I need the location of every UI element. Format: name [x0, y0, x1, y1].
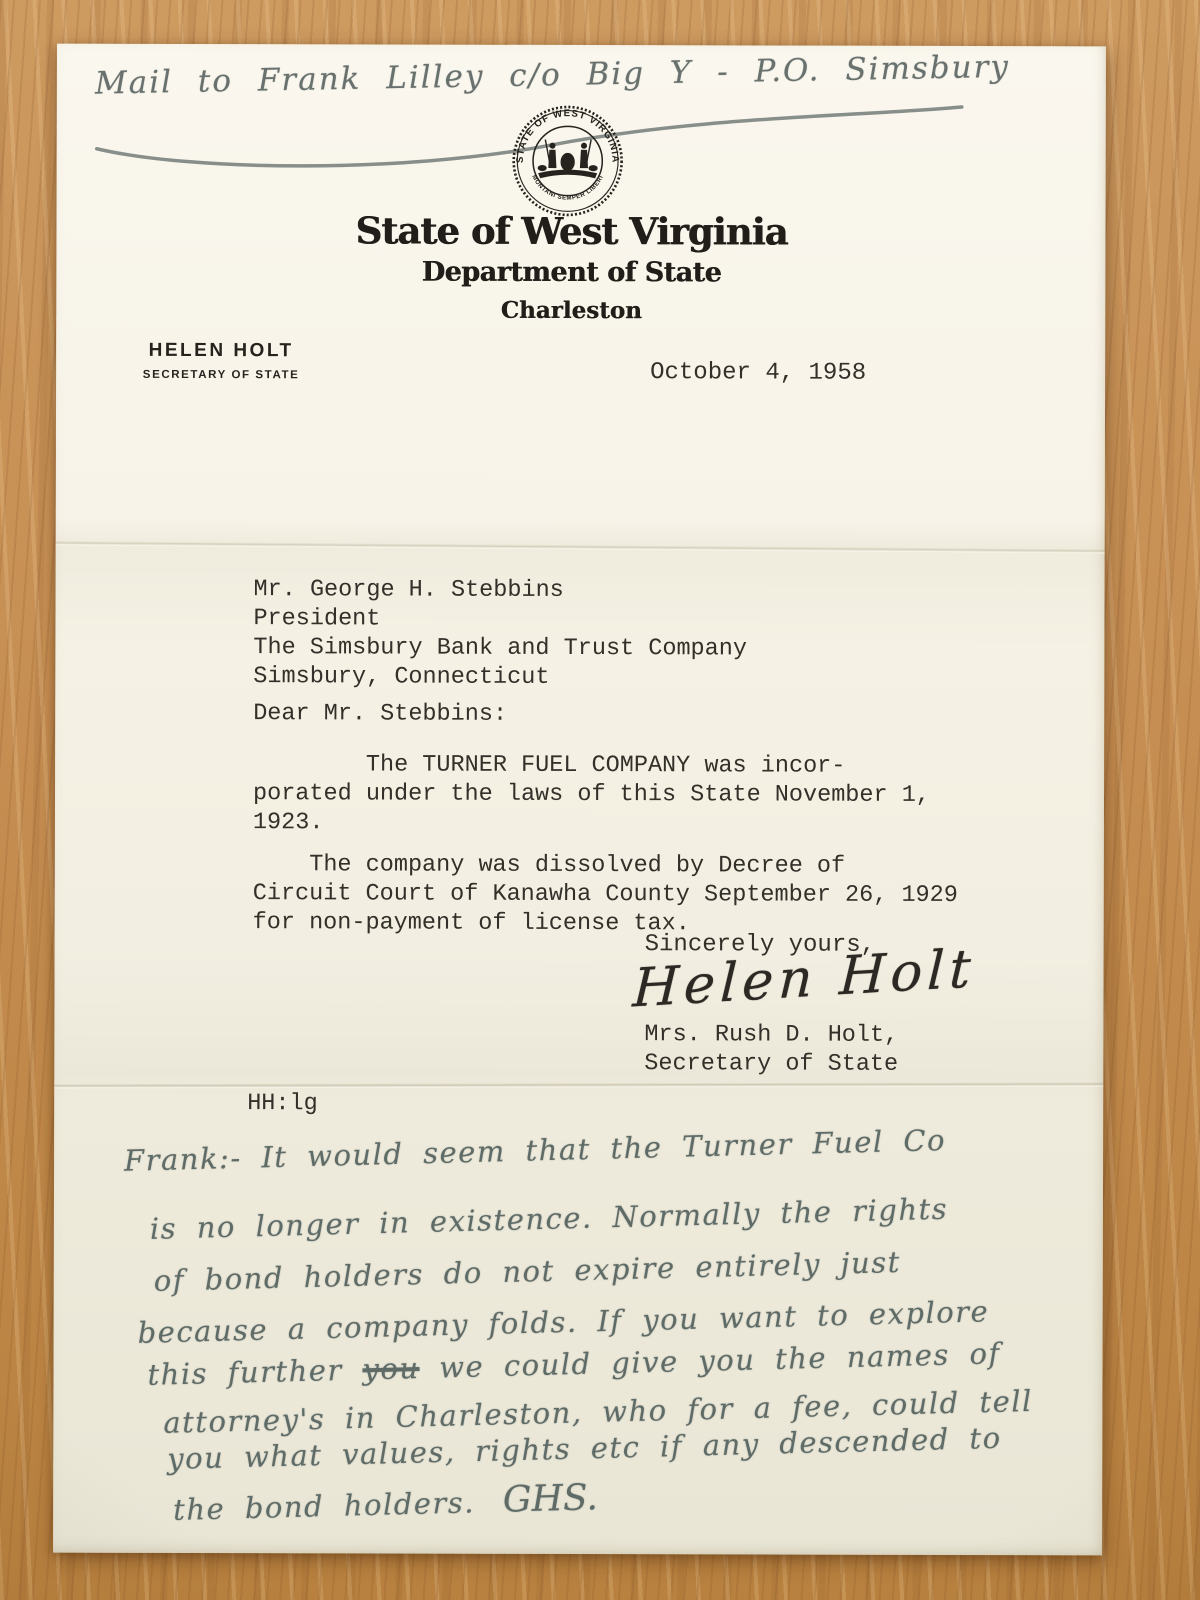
photo-wood-table: Mail to Frank Lilley c/o Big Y - P.O. Si…	[0, 0, 1200, 1600]
body-paragraph-2: The company was dissolved by Decree of C…	[253, 850, 958, 939]
state-seal-icon: STATE OF WEST VIRGINIA MONTANI SEMPER LI…	[512, 105, 624, 217]
salutation: Dear Mr. Stebbins:	[253, 700, 507, 728]
seal-figures	[538, 140, 598, 179]
line8-text: the bond holders.	[173, 1485, 476, 1527]
letterhead-official-block: HELEN HOLT SECRETARY OF STATE	[106, 340, 336, 382]
line5-struck-word: you	[362, 1351, 420, 1386]
letter-date: October 4, 1958	[650, 359, 866, 387]
recipient-address: Mr. George H. Stebbins President The Sim…	[253, 575, 747, 692]
bottom-note-line-8: the bond holders.GHS.	[173, 1477, 599, 1529]
bottom-note-line-2: is no longer in existence. Normally the …	[149, 1192, 948, 1246]
fold-crease-bottom	[54, 1082, 1103, 1089]
line5-suffix: we could give you the names of	[419, 1336, 1001, 1385]
letterhead-department: Department of State	[56, 256, 1086, 290]
svg-text:MONTANI SEMPER LIBERI: MONTANI SEMPER LIBERI	[530, 174, 605, 202]
official-title: SECRETARY OF STATE	[106, 369, 336, 382]
bottom-note-line-3: of bond holders do not expire entirely j…	[153, 1245, 901, 1298]
typist-reference: HH:lg	[247, 1090, 318, 1117]
signer-title: Secretary of State	[644, 1050, 898, 1078]
top-pencil-note: Mail to Frank Lilley c/o Big Y - P.O. Si…	[95, 48, 1036, 101]
letterhead-title: State of West Virginia	[56, 208, 1086, 255]
body-paragraph-1: The TURNER FUEL COMPANY was incor- porat…	[253, 750, 930, 839]
seal-bottom-text: MONTANI SEMPER LIBERI	[530, 174, 605, 202]
letterhead-city: Charleston	[56, 296, 1086, 326]
letter-paper: Mail to Frank Lilley c/o Big Y - P.O. Si…	[53, 44, 1106, 1556]
fold-crease-top	[56, 541, 1105, 554]
official-name: HELEN HOLT	[106, 340, 336, 363]
signer-name: Mrs. Rush D. Holt,	[644, 1021, 898, 1049]
note-initials: GHS.	[502, 1477, 598, 1520]
line5-prefix: this further	[147, 1352, 363, 1391]
bottom-note-line-1: Frank:- It would seem that the Turner Fu…	[124, 1123, 947, 1178]
